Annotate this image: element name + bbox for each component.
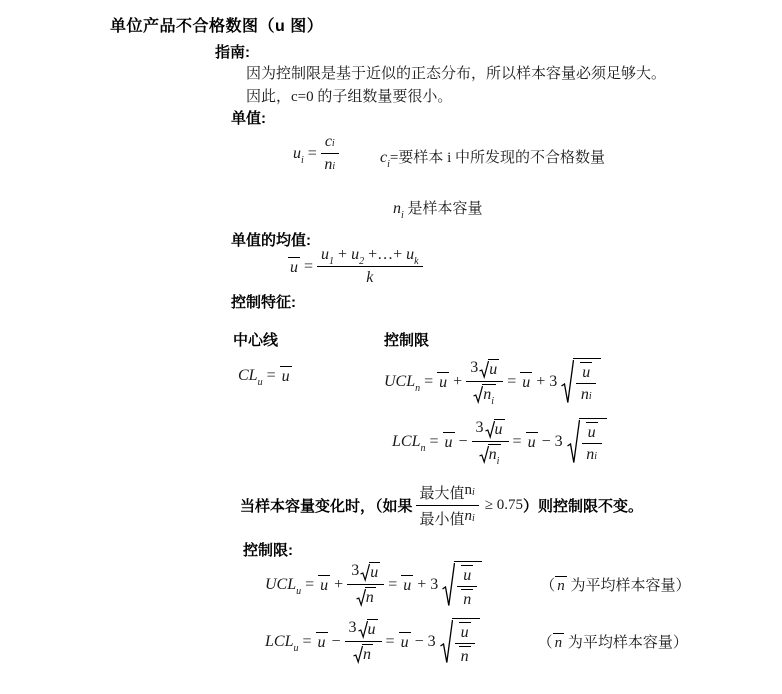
geq-sign: ≥ — [485, 497, 493, 513]
fraction: u ni — [576, 362, 596, 404]
coefficient-3: 3 — [549, 373, 557, 391]
equals-sign: = — [507, 373, 516, 391]
section-label-control-limits-2: 控制限: — [243, 539, 293, 560]
coefficient-3: 3 — [470, 359, 478, 377]
radicand: u — [494, 419, 505, 439]
var-n: n — [557, 578, 565, 594]
fraction: u ni — [582, 422, 602, 464]
radicand: u — [367, 619, 378, 639]
radicand: ni — [482, 384, 496, 404]
condition-statement: 当样本容量变化时，（如果 最大值ni 最小值ni ≥ 0.75 ）则控制限不变。 — [240, 482, 643, 529]
sub-k: k — [414, 256, 418, 267]
big-sqrt: u n — [440, 618, 480, 665]
note-text: 为平均样本容量） — [571, 578, 691, 594]
var-ui: ui — [293, 145, 304, 163]
sub-i: i — [472, 487, 475, 498]
coefficient-3: 3 — [349, 619, 357, 637]
overbar-u: u — [318, 575, 330, 594]
var-UCL: UCL — [265, 576, 296, 593]
sqrt: ni — [473, 384, 496, 404]
var-CL: CL — [238, 367, 258, 384]
threshold-value: 0.75 — [497, 497, 523, 513]
formula-lcl-n: LCLn = u − 3 u ni = u − 3 u ni — [392, 418, 607, 465]
var-u: u — [370, 564, 378, 581]
sqrt: ni — [479, 444, 502, 464]
var-u1: u1 — [321, 246, 334, 264]
sub-n: n — [420, 443, 425, 454]
coefficient-3: 3 — [428, 633, 436, 651]
overbar-u: u — [288, 257, 300, 276]
minus-sign: − — [332, 633, 341, 651]
big-sqrt: u ni — [567, 418, 607, 465]
overbar-n: n — [461, 589, 473, 608]
equals-sign: = — [304, 258, 313, 276]
guide-line-2: 因此，c=0 的子组数量要很小。 — [246, 85, 452, 106]
equals-sign: = — [424, 373, 433, 391]
plus-sign: + — [338, 246, 347, 264]
var-n: n — [465, 508, 473, 525]
guide-line-1: 因为控制限是基于近似的正态分布，所以样本容量必须足够大。 — [246, 62, 666, 83]
var-u: u — [588, 424, 596, 441]
column-label-centerline: 中心线 — [233, 329, 278, 350]
numerator: 3 u — [347, 562, 384, 585]
denominator: 最小值ni — [420, 506, 475, 529]
coefficient-3: 3 — [351, 562, 359, 580]
sub-i: i — [332, 161, 335, 172]
numerator: ci — [321, 133, 339, 154]
formula-centerline: CLu = u — [238, 366, 292, 385]
var-u: u — [401, 634, 409, 651]
sub-i: i — [491, 396, 494, 407]
var-ucl: UCLn — [384, 373, 420, 391]
radicand: u n — [454, 561, 482, 608]
overbar-u: u — [401, 575, 413, 594]
big-sqrt: u n — [442, 561, 482, 608]
overbar-u: u — [280, 366, 292, 385]
var-lcl: LCLu — [265, 633, 298, 651]
formula-ucl-avg: UCLu = u + 3 u n = u + 3 u n （n 为平均样本容量） — [265, 561, 691, 608]
plus-sign: + — [417, 576, 426, 594]
equals-sign: = — [302, 633, 311, 651]
var-u: u — [403, 577, 411, 594]
condition-prefix: 当样本容量变化时，（如果 — [240, 495, 413, 516]
radicand: u ni — [579, 418, 607, 464]
var-c: c — [325, 133, 332, 151]
page-title: 单位产品不合格数图（u 图） — [110, 13, 323, 36]
overbar-u: u — [520, 372, 532, 391]
denominator: n — [459, 644, 471, 665]
inequality: ≥ 0.75 — [485, 497, 523, 514]
coefficient-3: 3 — [476, 419, 484, 437]
sub-i: i — [401, 210, 404, 221]
sqrt: u — [485, 419, 505, 439]
var-u: u — [318, 634, 326, 651]
section-label-unit: 单值: — [231, 107, 266, 128]
fraction: 3 u n — [347, 562, 384, 607]
denominator: ni — [324, 154, 335, 174]
radicand: ni — [488, 444, 502, 464]
equals-sign: = — [305, 576, 314, 594]
sub-1: 1 — [329, 256, 334, 267]
var-LCL: LCL — [392, 433, 420, 450]
document-page: 单位产品不合格数图（u 图） 指南: 因为控制限是基于近似的正态分布，所以样本容… — [0, 0, 782, 694]
overbar-u: u — [526, 432, 538, 451]
var-k: k — [366, 269, 373, 287]
sub-u: u — [296, 586, 301, 597]
sqrt: u — [479, 359, 499, 379]
equals-sign: = — [429, 433, 438, 451]
sub-u: u — [293, 643, 298, 654]
sub-i: i — [497, 456, 500, 467]
var-u: u — [489, 361, 497, 378]
radicand: n — [365, 587, 376, 607]
var-u: u — [522, 374, 530, 391]
plus-sign: + — [453, 373, 462, 391]
var-lcl: LCLn — [392, 433, 425, 451]
fraction: 3 u n — [345, 619, 382, 664]
numerator: 3 u — [466, 359, 503, 382]
denominator: ni — [581, 384, 592, 404]
numerator: u — [457, 565, 477, 587]
sub-i: i — [472, 513, 475, 524]
var-cl: CLu — [238, 367, 263, 385]
ellipsis: +…+ — [368, 246, 402, 264]
overbar-u: u — [316, 632, 328, 651]
max-label: 最大值 — [420, 482, 465, 503]
var-LCL: LCL — [265, 633, 293, 650]
var-n: n — [465, 482, 473, 499]
radicand: u — [488, 359, 499, 379]
var-u: u — [582, 364, 590, 381]
radicand: u n — [452, 618, 480, 665]
var-n: n — [324, 156, 332, 174]
overbar-u: u — [399, 632, 411, 651]
numerator: u — [582, 422, 602, 444]
var-u: u — [282, 368, 290, 385]
denominator: ni — [586, 444, 597, 464]
definition-ni: ni 是样本容量 — [393, 197, 483, 218]
overbar-n: n — [555, 576, 567, 594]
overbar-u: u — [580, 362, 592, 381]
denominator: k — [366, 267, 373, 287]
var-n: n — [586, 446, 594, 464]
sqrt: n — [353, 644, 373, 664]
denominator: n — [461, 587, 473, 608]
overbar-u: u — [586, 422, 598, 441]
overbar-n: n — [553, 633, 565, 651]
sub-i: i — [301, 155, 304, 166]
overbar-u: u — [459, 622, 471, 641]
sub-n: n — [415, 383, 420, 394]
sqrt: n — [356, 587, 376, 607]
var-ucl: UCLu — [265, 576, 301, 594]
overbar-n: n — [459, 646, 471, 665]
equals-sign: = — [267, 367, 276, 385]
var-u: u — [320, 577, 328, 594]
numerator: u — [455, 622, 475, 644]
var-u: u — [439, 374, 447, 391]
var-u: u — [461, 624, 469, 641]
var-u: u — [495, 421, 503, 438]
note-text: 为平均样本容量） — [568, 635, 688, 651]
fraction: 3 u ni — [472, 419, 509, 464]
condition-suffix: ）则控制限不变。 — [523, 495, 643, 516]
equals-sign: = — [513, 433, 522, 451]
radicand: n — [362, 644, 373, 664]
var-u: u — [463, 567, 471, 584]
denominator: n — [353, 642, 373, 664]
radicand: u ni — [573, 358, 601, 404]
var-u: u — [528, 434, 536, 451]
fraction: u1 + u2 +…+ uk k — [317, 246, 423, 287]
var-n: n — [393, 200, 401, 217]
formula-unit-mean: u = u1 + u2 +…+ uk k — [288, 246, 423, 287]
equals-sign: = — [388, 576, 397, 594]
note-average-sample-2: （n 为平均样本容量） — [538, 631, 688, 652]
formula-ucl-n: UCLn = u + 3 u ni = u + 3 u ni — [384, 358, 601, 405]
var-n: n — [489, 446, 497, 463]
var-u: u — [293, 145, 301, 162]
var-u: u — [321, 246, 329, 263]
sub-i: i — [589, 391, 592, 402]
formula-unit-value: ui = ci ni — [293, 133, 339, 174]
fraction: u n — [455, 622, 475, 665]
var-u: u — [351, 246, 359, 263]
denominator: ni — [479, 442, 502, 464]
fraction: u n — [457, 565, 477, 608]
sub-i: i — [332, 138, 335, 149]
plus-sign: + — [334, 576, 343, 594]
overbar-u: u — [443, 432, 455, 451]
numerator: 3 u — [472, 419, 509, 442]
var-n: n — [366, 589, 374, 606]
var-u: u — [406, 246, 414, 263]
sub-i: i — [387, 159, 390, 170]
radicand: u — [369, 562, 380, 582]
paren-open: （ — [540, 578, 555, 594]
guide-label: 指南: — [215, 41, 250, 62]
coefficient-3: 3 — [430, 576, 438, 594]
numerator: u — [576, 362, 596, 384]
numerator: 最大值ni — [416, 482, 479, 506]
var-u: u — [290, 259, 298, 276]
note-average-sample-1: （n 为平均样本容量） — [540, 574, 690, 595]
overbar-u: u — [461, 565, 473, 584]
coefficient-3: 3 — [555, 433, 563, 451]
definition-ci: ci=要样本 i 中所发现的不合格数量 — [380, 146, 605, 167]
var-u: u — [368, 621, 376, 638]
section-label-control-features: 控制特征: — [231, 291, 296, 312]
equals-sign: = — [386, 633, 395, 651]
var-n: n — [363, 646, 371, 663]
sub-u: u — [258, 377, 263, 388]
min-label: 最小值 — [420, 508, 465, 529]
var-n: n — [555, 635, 563, 651]
sqrt: u — [358, 619, 378, 639]
column-label-control-limits: 控制限 — [384, 329, 429, 350]
sub-i: i — [594, 451, 597, 462]
var-n: n — [581, 386, 589, 404]
minus-sign: − — [459, 433, 468, 451]
numerator: 3 u — [345, 619, 382, 642]
minus-sign: − — [542, 433, 551, 451]
big-sqrt: u ni — [561, 358, 601, 405]
equals-sign: = — [308, 145, 317, 163]
minus-sign: − — [415, 633, 424, 651]
fraction: ci ni — [321, 133, 339, 174]
sub-2: 2 — [359, 256, 364, 267]
var-n: n — [463, 591, 471, 608]
ni-definition-text: 是样本容量 — [408, 201, 483, 217]
paren-open: （ — [538, 635, 553, 651]
formula-lcl-avg: LCLu = u − 3 u n = u − 3 u n （n 为平均样本容量） — [265, 618, 688, 665]
var-u2: u2 — [351, 246, 364, 264]
var-uk: uk — [406, 246, 418, 264]
numerator: u1 + u2 +…+ uk — [317, 246, 423, 267]
var-u: u — [445, 434, 453, 451]
sqrt: u — [360, 562, 380, 582]
ci-definition-text: =要样本 i 中所发现的不合格数量 — [390, 150, 605, 166]
denominator: ni — [473, 382, 496, 404]
overbar-u: u — [437, 372, 449, 391]
var-UCL: UCL — [384, 373, 415, 390]
denominator: n — [356, 585, 376, 607]
fraction: 最大值ni 最小值ni — [416, 482, 479, 529]
plus-sign: + — [536, 373, 545, 391]
var-n: n — [461, 648, 469, 665]
fraction: 3 u ni — [466, 359, 503, 404]
